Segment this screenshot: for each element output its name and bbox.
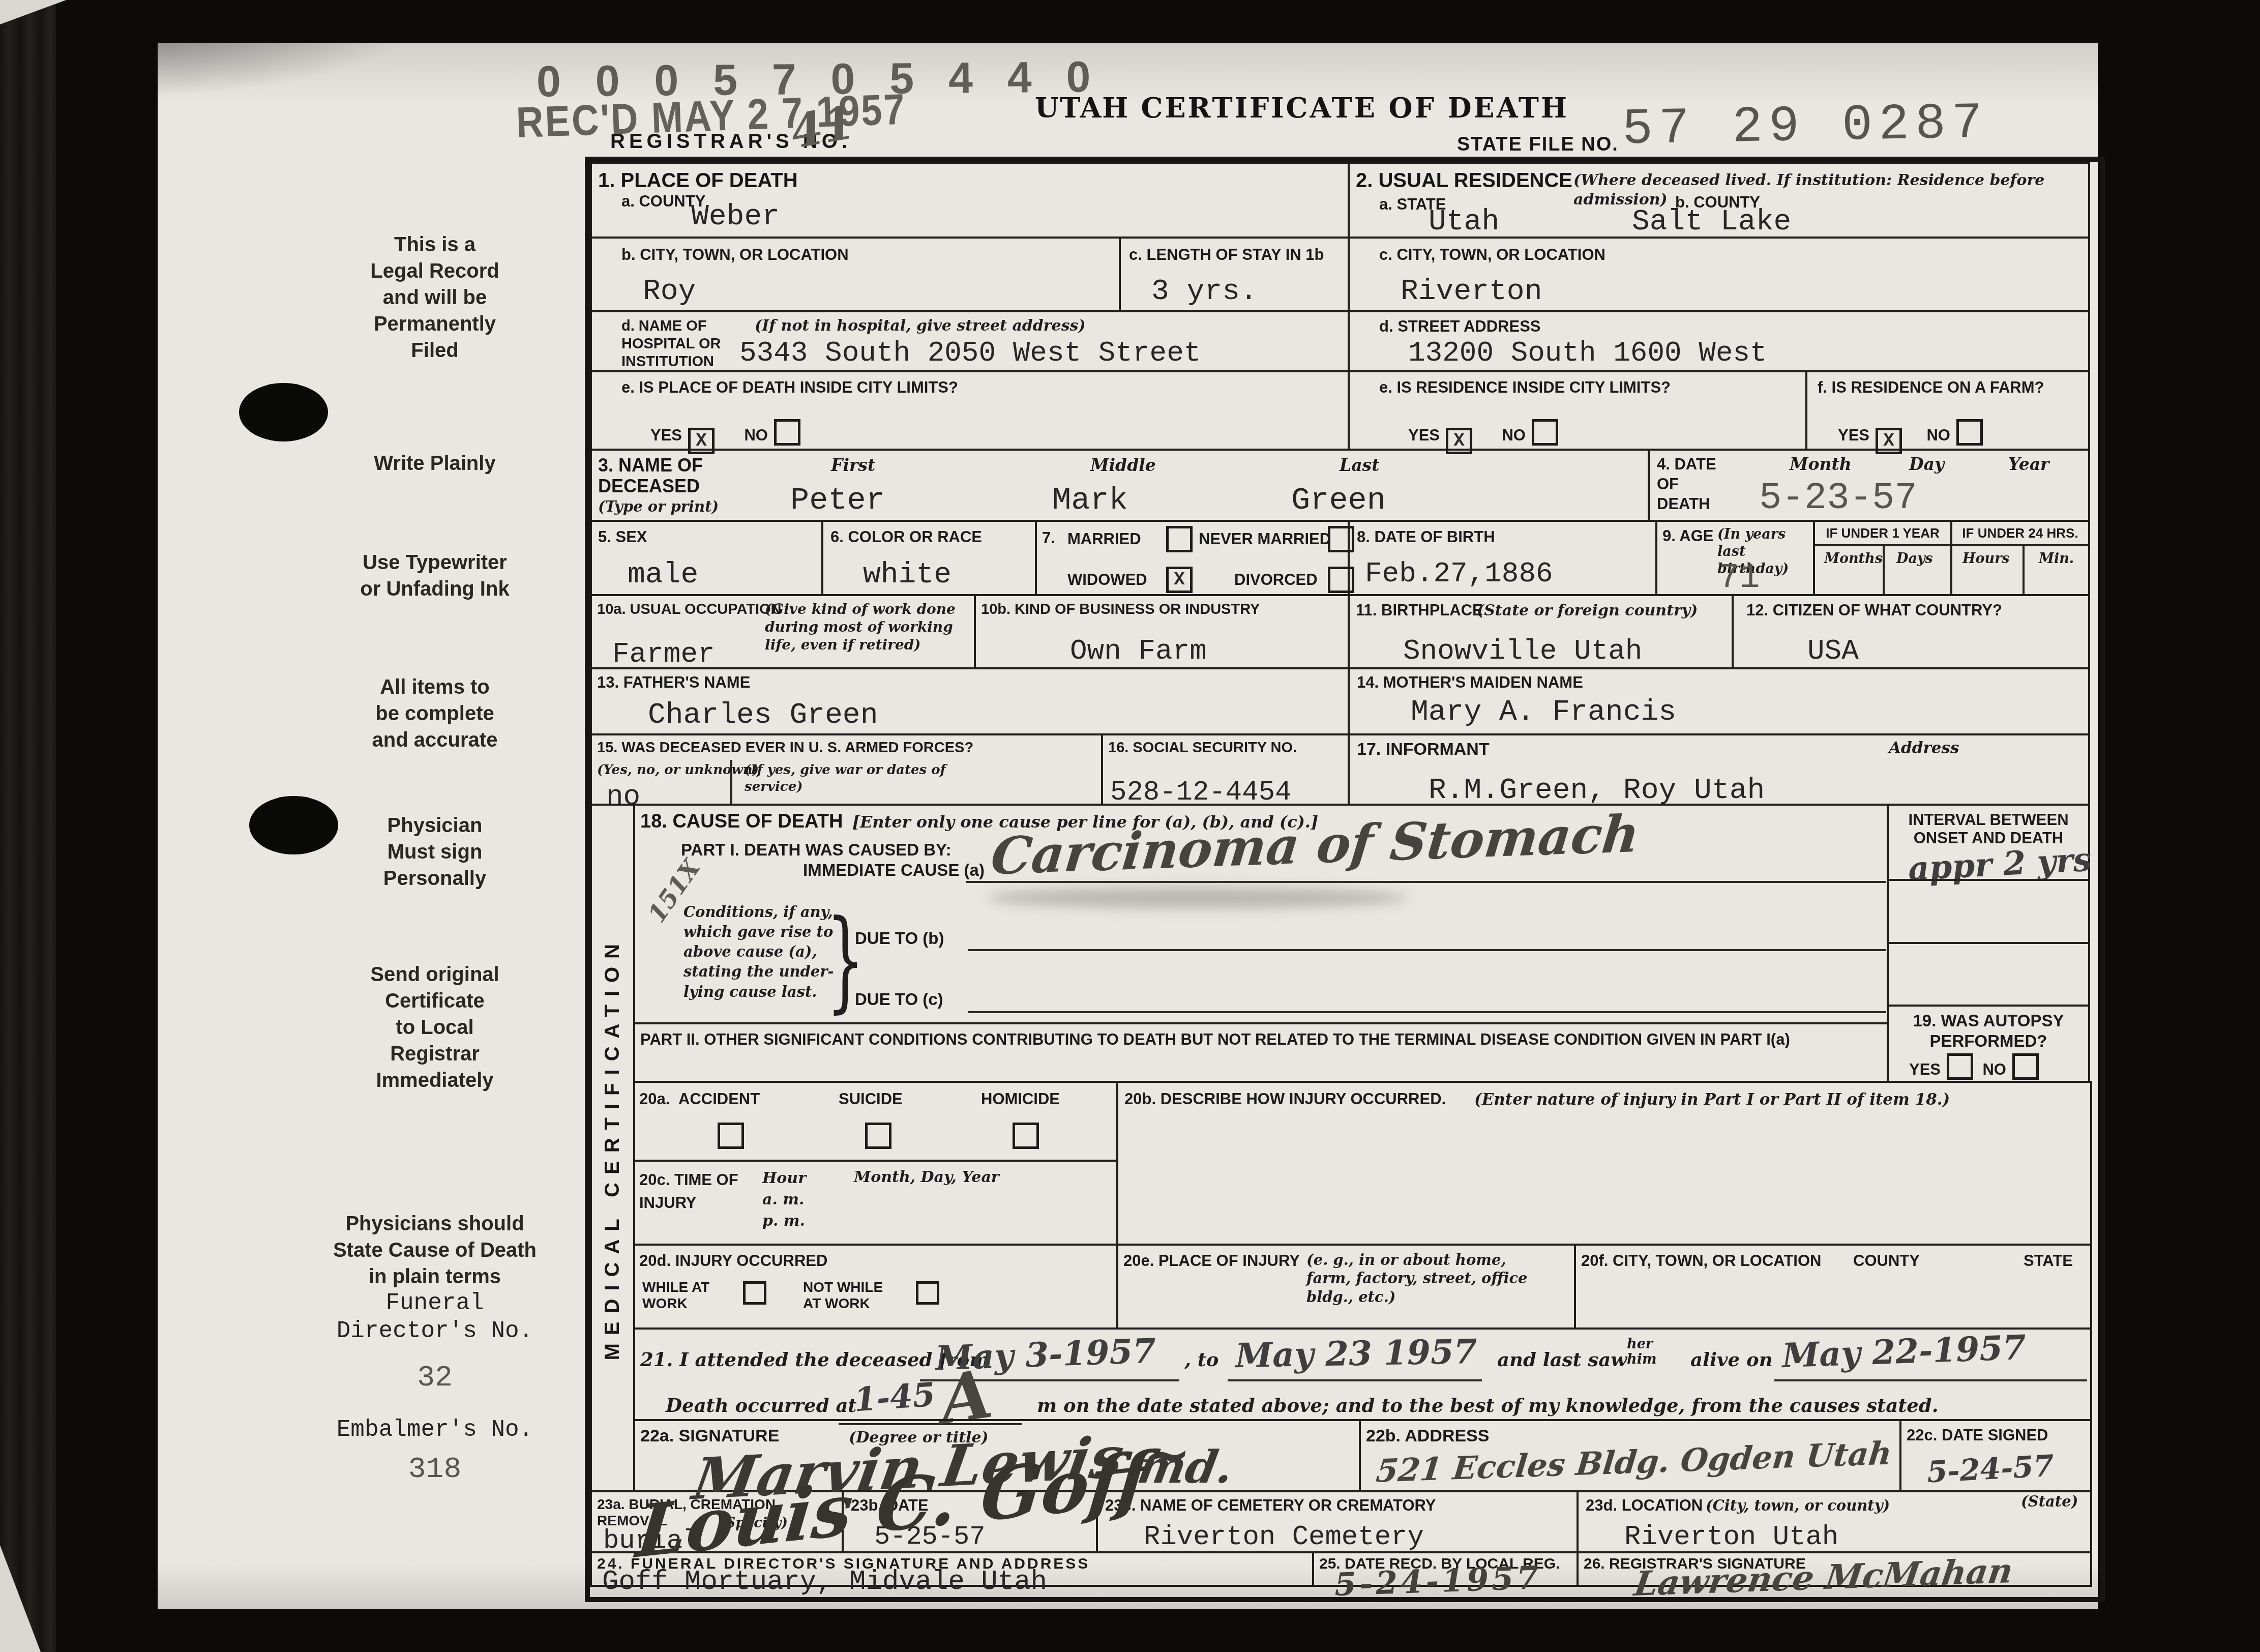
field-injury-occurred: 20d. INJURY OCCURRED WHILE AT WORK NOT W…	[633, 1244, 1118, 1330]
age-label: 9. AGE	[1662, 527, 1714, 545]
hospital-value: 5343 South 2050 West Street	[739, 337, 1201, 369]
embalmers-no-label: Embalmer's No.	[267, 1417, 603, 1443]
title-main: CERTIFICATE OF DEATH	[1141, 92, 1568, 124]
certificate-form: 1. PLACE OF DEATH a. COUNTY Weber 2. USU…	[585, 157, 2105, 1602]
day-label: Day	[1909, 454, 1944, 475]
residence-city-label: c. CITY, TOWN, OR LOCATION	[1379, 246, 1605, 264]
place-city-limits-label: e. IS PLACE OF DEATH INSIDE CITY LIMITS?	[621, 378, 958, 397]
injury-county-label: COUNTY	[1853, 1252, 1920, 1270]
field-name-of-deceased: 3. NAME OF DECEASED (Type or print) Firs…	[590, 449, 1650, 522]
occupation-label: 10a. USUAL OCCUPATION	[597, 601, 782, 618]
birthplace-value: Snowville Utah	[1403, 635, 1642, 667]
attended-p2: , to	[1184, 1348, 1219, 1371]
field-place-of-death-county: 1. PLACE OF DEATH a. COUNTY Weber	[590, 162, 1350, 239]
margin-note-typewriter: Use Typewriter or Unfading Ink	[282, 549, 587, 602]
min-label: Min.	[2039, 550, 2074, 568]
f20a-num: 20a.	[639, 1090, 670, 1108]
date-of-death-value: 5-23-57	[1759, 477, 1917, 520]
field-physician-address: 22b. ADDRESS 521 Eccles Bldg. Ogden Utah	[1359, 1419, 1901, 1492]
months-label: Months	[1824, 550, 1883, 568]
due-b-line	[968, 907, 1886, 951]
usual-residence-title: 2. USUAL RESIDENCE	[1356, 169, 1572, 192]
location-value: Riverton Utah	[1624, 1522, 1838, 1553]
time-injury-hour: Hour a. m. p. m.	[762, 1168, 806, 1232]
no-label: NO	[1926, 426, 1950, 444]
date-of-birth-value: Feb.27,1886	[1365, 557, 1553, 590]
field-injury-city: 20f. CITY, TOWN, OR LOCATION COUNTY STAT…	[1574, 1244, 2092, 1330]
field-cemetery-name: 23c. NAME OF CEMETERY OR CREMATORY River…	[1096, 1490, 1579, 1553]
date-of-death-title: 4. DATE OF DEATH	[1657, 455, 1716, 514]
yes-label: YES	[1838, 426, 1869, 444]
under-1-year-label: IF UNDER 1 YEAR	[1815, 526, 1950, 541]
field-cemetery-location: 23d. LOCATION (City, town, or county) (S…	[1577, 1490, 2092, 1553]
field-place-city-limits: e. IS PLACE OF DEATH INSIDE CITY LIMITS?…	[590, 370, 1350, 451]
certificate-paper: This is a Legal Record and will be Perma…	[158, 43, 2098, 1609]
field-place-of-injury: 20e. PLACE OF INJURY (e. g., in or about…	[1116, 1244, 1576, 1330]
field-hospital-name: d. NAME OF HOSPITAL OR INSTITUTION (If n…	[590, 310, 1350, 372]
pencil-smudge	[986, 887, 1408, 908]
immediate-cause-label: IMMEDIATE CAUSE (a)	[803, 861, 985, 880]
conditions-note: Conditions, if any, which gave rise to a…	[683, 902, 834, 1002]
field-social-security: 16. SOCIAL SECURITY NO. 528-12-4454	[1101, 733, 1350, 806]
field-fathers-name: 13. FATHER'S NAME Charles Green	[590, 667, 1350, 735]
yes-label: YES	[1909, 1060, 1941, 1078]
field-interval-onset-death: INTERVAL BETWEEN ONSET AND DEATH appr 2 …	[1887, 804, 2090, 1007]
length-of-stay-label: c. LENGTH OF STAY IN 1b	[1129, 246, 1324, 264]
married-label: MARRIED	[1067, 530, 1141, 548]
no-checkbox	[2012, 1053, 2039, 1080]
field-date-received: 25. DATE RECD. BY LOCAL REG. 5-24-1957	[1312, 1551, 1579, 1587]
homicide-checkbox	[1013, 1123, 1039, 1149]
under-1-divider	[1883, 546, 1885, 596]
registrar-no-value: 41	[787, 95, 859, 159]
field-part2-conditions: PART II. OTHER SIGNIFICANT CONDITIONS CO…	[633, 1022, 1889, 1083]
field-birthplace: 11. BIRTHPLACE (State or foreign country…	[1348, 594, 1734, 669]
no-label: NO	[744, 426, 768, 444]
occupation-hint: (Give kind of work done during most of w…	[765, 600, 973, 654]
yes-checkbox	[1947, 1053, 1973, 1080]
sex-label: 5. SEX	[598, 528, 647, 546]
under-24-label: IF UNDER 24 HRS.	[1952, 526, 2088, 541]
while-at-work-checkbox	[743, 1281, 766, 1305]
first-name-value: Peter	[790, 482, 885, 518]
color-race-label: 6. COLOR OR RACE	[830, 528, 982, 546]
marital-num: 7.	[1042, 529, 1055, 547]
field-mothers-maiden-name: 14. MOTHER'S MAIDEN NAME Mary A. Francis	[1348, 667, 2090, 735]
residence-city-value: Riverton	[1401, 275, 1542, 308]
field-date-of-birth: 8. DATE OF BIRTH Feb.27,1886	[1348, 520, 1657, 596]
margin-note-legal-record: This is a Legal Record and will be Perma…	[282, 231, 587, 364]
cause-label: 18. CAUSE OF DEATH	[640, 811, 843, 832]
field-cause-of-death: 18. CAUSE OF DEATH [Enter only one cause…	[633, 804, 1889, 1024]
title-state: UTAH	[1035, 92, 1129, 124]
cemetery-value: Riverton Cemetery	[1144, 1522, 1424, 1553]
birthplace-hint: (State or foreign country)	[1477, 601, 1698, 621]
place-city-label: b. CITY, TOWN, OR LOCATION	[621, 246, 849, 264]
name-title: 3. NAME OF DECEASED	[598, 455, 703, 497]
certificate-title: UTAH CERTIFICATE OF DEATH	[1022, 92, 1582, 124]
last-name-label: Last	[1340, 455, 1379, 476]
field-length-of-stay: c. LENGTH OF STAY IN 1b 3 yrs.	[1119, 237, 1350, 312]
part1-label: PART I. DEATH WAS CAUSED BY:	[681, 840, 951, 860]
color-race-value: white	[863, 558, 951, 592]
hours-label: Hours	[1962, 550, 2010, 568]
no-checkbox	[1956, 419, 1983, 446]
armed-forces-divider	[730, 760, 732, 806]
hospital-hint: (If not in hospital, give street address…	[755, 316, 1086, 336]
street-address-value: 13200 South 1600 West	[1408, 337, 1767, 369]
informant-address-label: Address	[1889, 739, 1959, 758]
describe-injury-label: 20b. DESCRIBE HOW INJURY OCCURRED.	[1124, 1090, 1446, 1108]
yes-label: YES	[1408, 426, 1440, 444]
widowed-checkbox: X	[1166, 567, 1193, 593]
punch-hole	[239, 383, 328, 441]
residence-county-value: Salt Lake	[1632, 205, 1791, 239]
middle-name-label: Middle	[1090, 455, 1156, 476]
field-residence-farm: f. IS RESIDENCE ON A FARM? YESX NO	[1805, 370, 2090, 451]
part2-label: PART II. OTHER SIGNIFICANT CONDITIONS CO…	[640, 1030, 1881, 1049]
time-value: 1-45	[853, 1376, 937, 1420]
field-usual-residence-state-county: 2. USUAL RESIDENCE (Where deceased lived…	[1348, 162, 2090, 239]
no-checkbox	[774, 419, 800, 446]
medical-certification-strip: MEDICAL CERTIFICATION	[590, 804, 635, 1492]
while-at-work-label: WHILE AT WORK	[642, 1279, 709, 1312]
homicide-label: HOMICIDE	[981, 1090, 1060, 1108]
hospital-label: d. NAME OF HOSPITAL OR INSTITUTION	[621, 317, 721, 370]
middle-name-value: Mark	[1052, 482, 1128, 518]
scanned-death-certificate: This is a Legal Record and will be Perma…	[0, 0, 2260, 1652]
field-if-under-24-hrs: IF UNDER 24 HRS. Hours Min.	[1950, 520, 2090, 596]
death-occurred-p5: Death occurred at	[666, 1394, 856, 1417]
divorced-label: DIVORCED	[1234, 571, 1318, 589]
field-color-or-race: 6. COLOR OR RACE white	[821, 520, 1037, 596]
mothers-name-value: Mary A. Francis	[1411, 696, 1676, 729]
time-injury-label: 20c. TIME OF INJURY	[639, 1169, 738, 1215]
field-time-of-injury: 20c. TIME OF INJURY Hour a. m. p. m. Mon…	[633, 1160, 1118, 1246]
time-injury-mdy: Month, Day, Year	[854, 1168, 999, 1187]
interval-value: appr 2 yrs	[1907, 841, 2092, 889]
fathers-name-value: Charles Green	[648, 699, 878, 732]
age-value: 71	[1718, 558, 1760, 598]
embalmers-no-value: 318	[282, 1453, 587, 1486]
cemetery-label: 23c. NAME OF CEMETERY OR CREMATORY	[1105, 1496, 1436, 1515]
injury-city-label: 20f. CITY, TOWN, OR LOCATION	[1581, 1252, 1821, 1270]
field-residence-city: c. CITY, TOWN, OR LOCATION Riverton	[1348, 237, 2090, 312]
funeral-directors-no-label: Funeral Director's No.	[282, 1289, 587, 1345]
place-city-value: Roy	[643, 275, 696, 308]
margin-note-complete: All items to be complete and accurate	[282, 674, 587, 753]
physician-address-label: 22b. ADDRESS	[1366, 1426, 1489, 1446]
injury-occurred-label: 20d. INJURY OCCURRED	[639, 1252, 827, 1270]
location-state-hint: (State)	[2021, 1492, 2078, 1511]
margin-note-plain-terms: Physicians should State Cause of Death i…	[242, 1211, 628, 1290]
field-age: 9. AGE (In years last birthday) 71	[1655, 520, 1815, 596]
state-file-no-value: 57 29 0287	[1622, 95, 1989, 159]
field-describe-injury: 20b. DESCRIBE HOW INJURY OCCURRED. (Ente…	[1116, 1081, 2092, 1246]
field-registrar-signature: 26. REGISTRAR'S SIGNATURE Lawrence McMah…	[1577, 1551, 2092, 1587]
field-informant: 17. INFORMANT Address R.M.Green, Roy Uta…	[1348, 733, 2090, 806]
street-address-label: d. STREET ADDRESS	[1379, 317, 1541, 336]
suicide-checkbox	[865, 1123, 891, 1149]
autopsy-options: YES NO	[1909, 1053, 2046, 1080]
funeral-director-address-value: Goff Mortuary, Midvale Utah	[602, 1567, 1047, 1598]
her-him: her him	[1627, 1337, 1656, 1367]
suicide-label: SUICIDE	[839, 1090, 903, 1108]
birthplace-label: 11. BIRTHPLACE	[1356, 601, 1483, 619]
attended-p3: and last saw	[1497, 1348, 1627, 1371]
field-business-industry: 10b. KIND OF BUSINESS OR INDUSTRY Own Fa…	[974, 594, 1350, 669]
last-name-value: Green	[1291, 482, 1386, 518]
location-label: 23d. LOCATION	[1586, 1496, 1703, 1515]
month-label: Month	[1790, 454, 1852, 475]
yes-label: YES	[650, 426, 682, 444]
days-label: Days	[1896, 550, 1933, 568]
funeral-directors-no-value: 32	[282, 1362, 587, 1395]
armed-forces-hint2: (If yes, give war or dates of service)	[745, 762, 948, 795]
due-to-c-label: DUE TO (c)	[855, 990, 943, 1009]
residence-state-value: Utah	[1429, 205, 1499, 239]
fathers-name-label: 13. FATHER'S NAME	[597, 673, 750, 692]
field-sex: 5. SEX male	[590, 520, 823, 596]
date-of-birth-label: 8. DATE OF BIRTH	[1357, 528, 1495, 546]
informant-value: R.M.Green, Roy Utah	[1429, 774, 1765, 807]
field-usual-occupation: 10a. USUAL OCCUPATION (Give kind of work…	[590, 594, 976, 669]
informant-label: 17. INFORMANT	[1357, 740, 1490, 759]
attended-p4: alive on	[1690, 1348, 1773, 1371]
due-c-line	[968, 969, 1886, 1013]
field-armed-forces: 15. WAS DECEASED EVER IN U. S. ARMED FOR…	[590, 733, 1103, 806]
no-checkbox	[1532, 419, 1558, 446]
field-attended-statement: 21. I attended the deceased from May 3-1…	[633, 1327, 2092, 1421]
residence-city-limits-label: e. IS RESIDENCE INSIDE CITY LIMITS?	[1379, 378, 1671, 397]
length-of-stay-value: 3 yrs.	[1151, 275, 1258, 308]
margin-note-write-plainly: Write Plainly	[282, 450, 587, 477]
location-hint: (City, town, or county)	[1706, 1496, 1890, 1515]
year-label: Year	[2008, 454, 2049, 475]
margin-note-physician-sign: Physician Must sign Personally	[282, 812, 587, 892]
medical-certification-label: MEDICAL CERTIFICATION	[601, 936, 624, 1361]
field-residence-city-limits: e. IS RESIDENCE INSIDE CITY LIMITS? YESX…	[1348, 370, 1807, 451]
field-autopsy: 19. WAS AUTOPSY PERFORMED? YES NO	[1887, 1005, 2090, 1083]
not-while-at-work-checkbox	[916, 1281, 939, 1305]
citizen-value: USA	[1807, 635, 1859, 667]
widowed-label: WIDOWED	[1067, 571, 1147, 589]
injury-state-label: STATE	[2024, 1252, 2073, 1270]
field-marital-status: 7. MARRIED NEVER MARRIED WIDOWED X DIVOR…	[1035, 520, 1350, 596]
book-spine	[0, 0, 56, 1652]
field-citizen-country: 12. CITIZEN OF WHAT COUNTRY? USA	[1732, 594, 2090, 669]
name-hint: (Type or print)	[598, 497, 719, 516]
business-label: 10b. KIND OF BUSINESS OR INDUSTRY	[981, 601, 1260, 618]
accident-checkbox	[718, 1123, 744, 1149]
occupation-value: Farmer	[612, 638, 715, 670]
residence-farm-label: f. IS RESIDENCE ON A FARM?	[1818, 378, 2044, 397]
armed-forces-label: 15. WAS DECEASED EVER IN U. S. ARMED FOR…	[597, 740, 973, 756]
married-checkbox	[1166, 526, 1193, 552]
death-occurred-p6: m on the date stated above; and to the b…	[1037, 1394, 1939, 1417]
state-file-no-label: STATE FILE NO.	[1457, 134, 1619, 156]
due-to-b-label: DUE TO (b)	[855, 929, 944, 948]
armed-forces-hint1: (Yes, no, or unknown)	[597, 762, 759, 779]
mothers-name-label: 14. MOTHER'S MAIDEN NAME	[1357, 673, 1583, 692]
business-value: Own Farm	[1070, 635, 1207, 667]
never-married-label: NEVER MARRIED	[1199, 530, 1331, 548]
not-while-at-work-label: NOT WHILE AT WORK	[803, 1279, 883, 1312]
date-signed-label: 22c. DATE SIGNED	[1907, 1426, 2048, 1444]
accident-label: ACCIDENT	[678, 1090, 760, 1108]
first-name-label: First	[831, 455, 875, 476]
no-label: NO	[1982, 1060, 2006, 1078]
citizen-label: 12. CITIZEN OF WHAT COUNTRY?	[1746, 601, 2002, 619]
date-signed-value: 5-24-57	[1926, 1449, 2055, 1490]
field-date-of-death: 4. DATE OF DEATH Month Day Year 5-23-57	[1648, 449, 2090, 522]
margin-note-send-original: Send original Certificate to Local Regis…	[282, 961, 587, 1094]
autopsy-label: 19. WAS AUTOPSY PERFORMED?	[1889, 1011, 2088, 1051]
place-injury-hint: (e. g., in or about home, farm, factory,…	[1306, 1251, 1574, 1306]
ssn-label: 16. SOCIAL SECURITY NO.	[1108, 740, 1297, 756]
field-if-under-1-year: IF UNDER 1 YEAR Months Days	[1813, 520, 1952, 596]
county-value: Weber	[691, 200, 780, 233]
place-of-death-title: 1. PLACE OF DEATH	[598, 169, 798, 192]
sex-value: male	[628, 558, 698, 592]
under-24-divider	[2023, 546, 2025, 596]
attended-to-value: May 23 1957	[1235, 1332, 1477, 1375]
field-accident-suicide-homicide: 20a. ACCIDENT SUICIDE HOMICIDE	[633, 1081, 1118, 1162]
field-street-address: d. STREET ADDRESS 13200 South 1600 West	[1348, 310, 2090, 372]
field-date-signed: 22c. DATE SIGNED 5-24-57	[1899, 1419, 2092, 1492]
usual-residence-hint: (Where deceased lived. If institution: R…	[1573, 171, 2087, 209]
place-injury-label: 20e. PLACE OF INJURY	[1123, 1252, 1300, 1270]
date-received-value: 5-24-1957	[1334, 1559, 1542, 1603]
field-place-city: b. CITY, TOWN, OR LOCATION Roy	[590, 237, 1121, 312]
interval-label: INTERVAL BETWEEN ONSET AND DEATH	[1889, 811, 2088, 847]
describe-injury-hint: (Enter nature of injury in Part I or Par…	[1474, 1090, 1950, 1110]
no-label: NO	[1502, 426, 1526, 444]
